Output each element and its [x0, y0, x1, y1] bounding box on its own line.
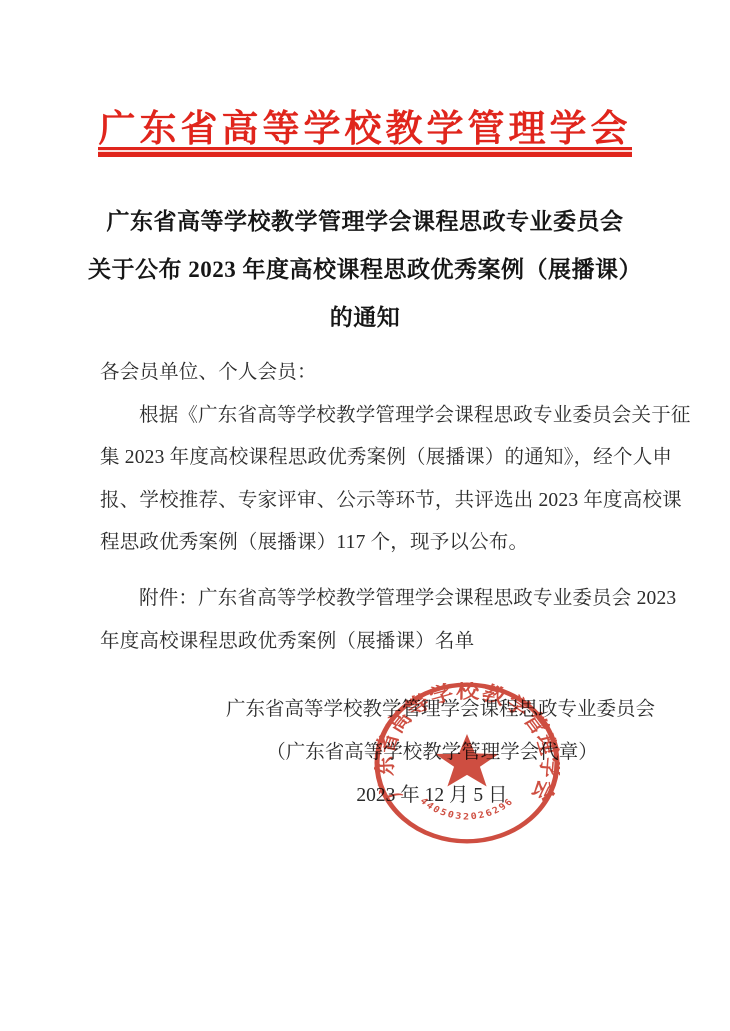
- attachment-line-2: 年度高校课程思政优秀案例（展播课）名单: [100, 621, 633, 664]
- paragraph-line-3: 报、学校推荐、专家评审、公示等环节，共评选出 2023 年度高校课: [100, 480, 633, 523]
- attachment-line-1: 附件：广东省高等学校教学管理学会课程思政专业委员会 2023: [100, 578, 633, 621]
- signature-committee: 广东省高等学校教学管理学会课程思政专业委员会: [226, 688, 638, 731]
- document-title: 广东省高等学校教学管理学会课程思政专业委员会 关于公布 2023 年度高校课程思…: [55, 198, 675, 342]
- signature-block: 广东省高等学校教学管理学会课程思政专业委员会 （广东省高等学校教学管理学会代章）…: [226, 688, 638, 817]
- letterhead-org-name: 广东省高等学校教学管理学会: [49, 98, 681, 152]
- salutation: 各会员单位、个人会员：: [100, 352, 633, 395]
- signature-agency-note: （广东省高等学校教学管理学会代章）: [226, 731, 638, 774]
- title-line-2: 关于公布 2023 年度高校课程思政优秀案例（展播课）: [55, 246, 675, 294]
- document-body: 各会员单位、个人会员： 根据《广东省高等学校教学管理学会课程思政专业委员会关于征…: [100, 352, 633, 565]
- title-line-1: 广东省高等学校教学管理学会课程思政专业委员会: [55, 198, 675, 246]
- paragraph-line-2: 集 2023 年度高校课程思政优秀案例（展播课）的通知》，经个人申: [100, 437, 633, 480]
- paragraph-line-1: 根据《广东省高等学校教学管理学会课程思政专业委员会关于征: [100, 395, 633, 438]
- attachment-note: 附件：广东省高等学校教学管理学会课程思政专业委员会 2023 年度高校课程思政优…: [100, 578, 633, 663]
- paragraph-line-4: 程思政优秀案例（展播课）117 个，现予以公布。: [100, 522, 633, 565]
- signature-date: 2023 年 12 月 5 日: [226, 774, 638, 817]
- document-page: 广东省高等学校教学管理学会 广东省高等学校教学管理学会课程思政专业委员会 关于公…: [0, 0, 730, 1031]
- letterhead-double-rule: [98, 147, 632, 157]
- title-line-3: 的通知: [55, 294, 675, 342]
